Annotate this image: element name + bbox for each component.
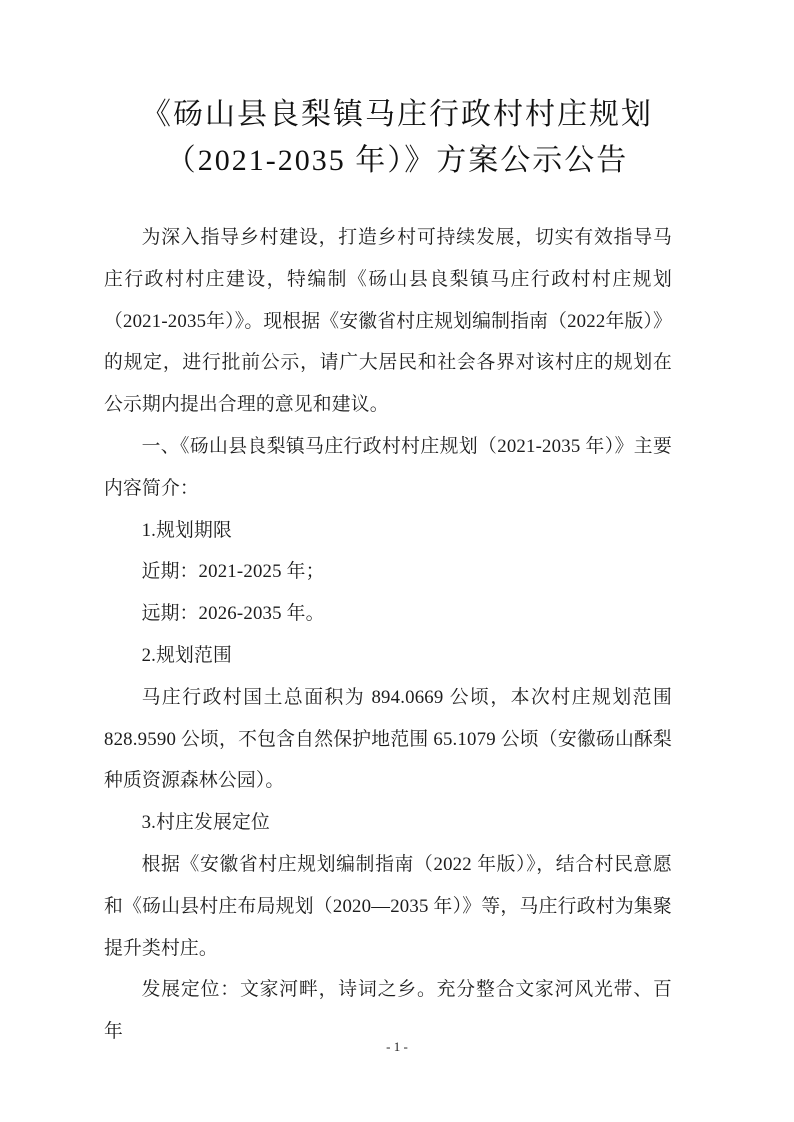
paragraph-intro: 为深入指导乡村建设，打造乡村可持续发展，切实有效指导马庄行政村村庄建设，特编制《… (104, 217, 672, 426)
document-title-line-1: 《砀山县良梨镇马庄行政村村庄规划 (0, 92, 794, 138)
document-body: 为深入指导乡村建设，打造乡村可持续发展，切实有效指导马庄行政村村庄建设，特编制《… (0, 217, 794, 1053)
paragraph-section-one-heading: 一、《砀山县良梨镇马庄行政村村庄规划（2021-2035 年）》主要内容简介： (104, 426, 672, 510)
document-title-line-2: （2021-2035 年）》方案公示公告 (0, 138, 794, 184)
paragraph-long-term: 远期：2026-2035 年。 (104, 593, 672, 635)
paragraph-planning-period-heading: 1.规划期限 (104, 510, 672, 552)
document-title: 《砀山县良梨镇马庄行政村村庄规划 （2021-2035 年）》方案公示公告 (0, 92, 794, 184)
paragraph-planning-scope-detail: 马庄行政村国土总面积为 894.0669 公顷，本次村庄规划范围 828.959… (104, 677, 672, 802)
paragraph-village-positioning-detail: 根据《安徽省村庄规划编制指南（2022 年版）》，结合村民意愿和《砀山县村庄布局… (104, 844, 672, 969)
page-number: - 1 - (0, 1038, 794, 1056)
paragraph-planning-scope-heading: 2.规划范围 (104, 635, 672, 677)
document-page: 《砀山县良梨镇马庄行政村村庄规划 （2021-2035 年）》方案公示公告 为深… (0, 0, 794, 1122)
paragraph-village-positioning-heading: 3.村庄发展定位 (104, 802, 672, 844)
paragraph-near-term: 近期：2021-2025 年； (104, 551, 672, 593)
